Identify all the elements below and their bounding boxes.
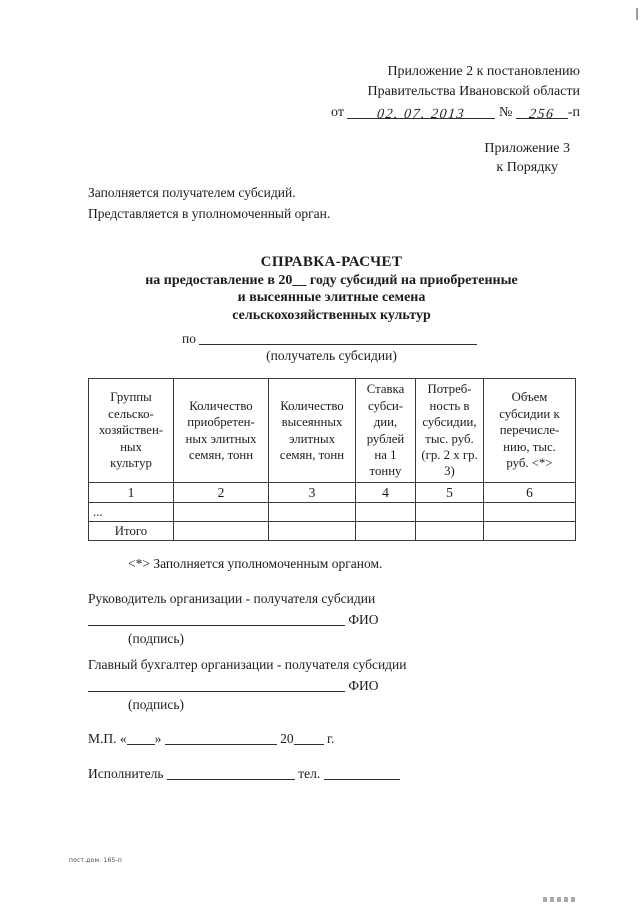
appendix3-line2: к Порядку	[484, 158, 570, 177]
empty-cell	[356, 522, 416, 541]
number-sign: №	[499, 105, 512, 120]
signature-block-director: Руководитель организации - получателя су…	[88, 590, 379, 648]
col-header-sown: Количество высеянных элитных семян, тонн	[269, 379, 356, 483]
title-line4: сельскохозяйственных культур	[88, 307, 575, 325]
table-row-total: Итого	[89, 522, 576, 541]
document-title: СПРАВКА-РАСЧЕТ на предоставление в 20__ …	[88, 254, 575, 324]
executor-label: Исполнитель	[88, 766, 164, 781]
ellipsis-cell: ...	[89, 503, 174, 522]
appendix2-header: Приложение 2 к постановлению Правительст…	[331, 62, 580, 123]
intro-line2: Представляется в уполномоченный орган.	[88, 204, 330, 225]
appendix2-line1: Приложение 2 к постановлению	[331, 62, 580, 82]
title-line1: СПРАВКА-РАСЧЕТ	[88, 254, 575, 272]
phone-blank	[324, 766, 400, 780]
col-header-volume: Объем субсидии к перечисле- нию, тыс. ру…	[484, 379, 576, 483]
recipient-caption: (получатель субсидии)	[88, 348, 575, 364]
year-blank	[294, 731, 324, 745]
empty-cell	[416, 522, 484, 541]
appendix2-date-number-line: от 02. 07. 2013 № 256-п	[331, 103, 580, 123]
recipient-label: по	[182, 331, 196, 346]
recipient-blank	[199, 330, 477, 345]
col-header-purchased: Количество приобретен- ных элитных семян…	[174, 379, 269, 483]
number-blank: 256	[516, 105, 568, 119]
title-line2: на предоставление в 20__ году субсидий н…	[88, 272, 575, 290]
executor-line: Исполнитель тел.	[88, 766, 400, 782]
recipient-block: по (получатель субсидии)	[88, 330, 575, 364]
appendix3-header: Приложение 3 к Порядку	[484, 139, 570, 177]
quote-close: »	[155, 731, 162, 746]
empty-cell	[174, 522, 269, 541]
table-row-ellipsis: ...	[89, 503, 576, 522]
date-blank: 02. 07. 2013	[347, 105, 495, 119]
table-header-row: Группы сельско- хозяйствен- ных культур …	[89, 379, 576, 483]
col-number: 6	[484, 483, 576, 503]
signature-blank	[88, 678, 345, 692]
subsidy-table: Группы сельско- хозяйствен- ных культур …	[88, 378, 576, 541]
recipient-line: по	[88, 330, 575, 347]
empty-cell	[174, 503, 269, 522]
signature-caption: (подпись)	[88, 630, 379, 648]
executor-blank	[167, 766, 295, 780]
handwritten-date: 02. 07. 2013	[376, 105, 466, 125]
seal-date-line: М.П. «» 20 г.	[88, 731, 334, 747]
signature-role: Главный бухгалтер организации - получате…	[88, 656, 406, 674]
quote-open: «	[120, 731, 127, 746]
day-blank	[127, 731, 155, 745]
scan-artifact-bottom-right	[543, 897, 577, 902]
col-header-need: Потреб- ность в субсидии, тыс. руб. (гр.…	[416, 379, 484, 483]
number-suffix: -п	[568, 105, 580, 120]
title-line3: и высеянные элитные семена	[88, 289, 575, 307]
scan-artifact-top-right	[636, 8, 638, 20]
fio-label: ФИО	[348, 678, 378, 693]
year-prefix: 20	[280, 731, 294, 746]
footer-document-code: пост.дом. 165-п	[69, 857, 122, 864]
empty-cell	[484, 503, 576, 522]
column-number-row: 1 2 3 4 5 6	[89, 483, 576, 503]
signature-blank	[88, 612, 345, 626]
appendix3-line1: Приложение 3	[484, 139, 570, 158]
col-number: 5	[416, 483, 484, 503]
col-number: 4	[356, 483, 416, 503]
handwritten-number: 256	[528, 105, 556, 125]
col-number: 2	[174, 483, 269, 503]
signature-line: ФИО	[88, 677, 406, 695]
total-label-cell: Итого	[89, 522, 174, 541]
empty-cell	[416, 503, 484, 522]
year-suffix: г.	[327, 731, 334, 746]
signature-role: Руководитель организации - получателя су…	[88, 590, 379, 608]
col-header-rate: Ставка субси- дии, рублей на 1 тонну	[356, 379, 416, 483]
col-header-groups: Группы сельско- хозяйствен- ных культур	[89, 379, 174, 483]
empty-cell	[269, 503, 356, 522]
month-blank	[165, 731, 277, 745]
empty-cell	[484, 522, 576, 541]
intro-line1: Заполняется получателем субсидий.	[88, 183, 330, 204]
fio-label: ФИО	[348, 612, 378, 627]
signature-line: ФИО	[88, 611, 379, 629]
phone-label: тел.	[298, 766, 320, 781]
footnote: <*> Заполняется уполномоченным органом.	[88, 556, 575, 572]
col-number: 3	[269, 483, 356, 503]
signature-block-accountant: Главный бухгалтер организации - получате…	[88, 656, 406, 714]
signature-caption: (подпись)	[88, 696, 406, 714]
appendix2-line2: Правительства Ивановской области	[331, 82, 580, 102]
empty-cell	[356, 503, 416, 522]
from-label: от	[331, 105, 344, 120]
col-number: 1	[89, 483, 174, 503]
document-page: Приложение 2 к постановлению Правительст…	[0, 0, 640, 905]
intro-block: Заполняется получателем субсидий. Предст…	[88, 183, 330, 224]
empty-cell	[269, 522, 356, 541]
seal-label: М.П.	[88, 731, 117, 746]
